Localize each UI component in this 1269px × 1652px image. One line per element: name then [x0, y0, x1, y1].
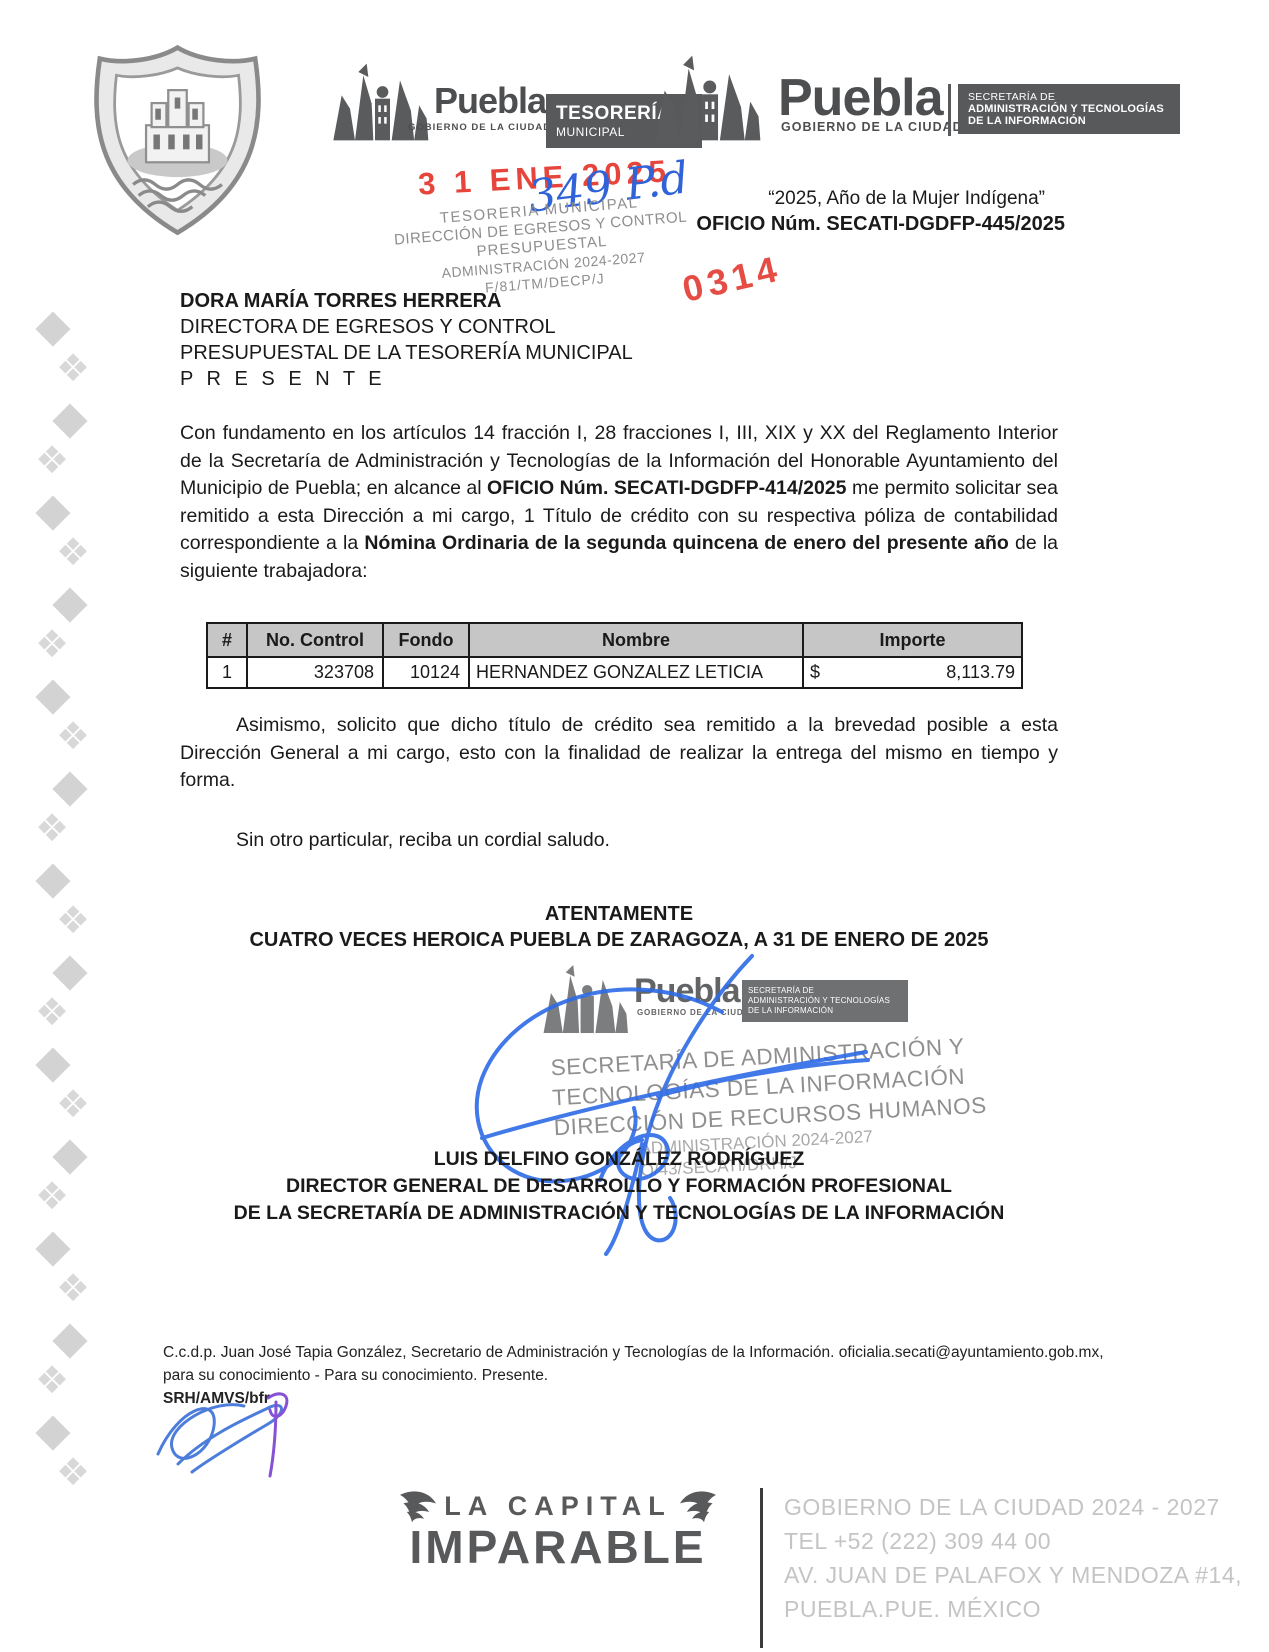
right-logo-brand: Puebla — [778, 68, 943, 128]
header-fondo: Fondo — [383, 623, 469, 657]
left-logo-subtitle: GOBIERNO DE LA CIUDAD — [408, 122, 551, 133]
payroll-table: # No. Control Fondo Nombre Importe 1 323… — [206, 622, 1023, 689]
header-control: No. Control — [247, 623, 383, 657]
signer-title-line2: DE LA SECRETARÍA DE ADMINISTRACIÓN Y TEC… — [180, 1200, 1058, 1227]
left-border-pattern: ◆❖◆❖◆❖◆❖◆❖◆❖◆❖◆❖◆❖◆❖◆❖◆❖◆❖ — [16, 300, 108, 1645]
cell-fondo: 10124 — [383, 657, 469, 688]
footer-phone-line: TEL +52 (222) 309 44 00 — [784, 1524, 1242, 1558]
recipient-block: DORA MARÍA TORRES HERRERA DIRECTORA DE E… — [180, 288, 633, 392]
right-logo-subtitle: GOBIERNO DE LA CIUDAD — [781, 120, 963, 134]
recipient-name: DORA MARÍA TORRES HERRERA — [180, 288, 633, 314]
secati-line2: ADMINISTRACIÓN Y TECNOLOGÍAS — [968, 103, 1180, 115]
right-wing-icon — [678, 1488, 718, 1524]
p1-nomina-ref: Nómina Ordinaria de la segunda quincena … — [364, 532, 1009, 554]
secati-line3: DE LA INFORMACIÓN — [968, 115, 1180, 127]
recipient-title-line2: PRESUPUESTAL DE LA TESORERÍA MUNICIPAL — [180, 340, 633, 366]
table-header-row: # No. Control Fondo Nombre Importe — [207, 623, 1022, 657]
body-paragraph-2: Asimismo, solicito que dicho título de c… — [180, 712, 1058, 795]
currency-sign: $ — [810, 662, 820, 683]
secati-box: SECRETARÍA DE ADMINISTRACIÓN Y TECNOLOGÍ… — [958, 84, 1180, 134]
left-logo-brand: Puebla — [434, 80, 546, 122]
footer-contact-info: GOBIERNO DE LA CIUDAD 2024 - 2027 TEL +5… — [784, 1490, 1242, 1626]
puebla-coat-of-arms-icon — [85, 42, 270, 240]
puebla-skyline-icon — [648, 52, 766, 144]
left-wing-icon — [398, 1488, 438, 1524]
scribble-signature-ink — [148, 1368, 318, 1483]
recipient-title-line1: DIRECTORA DE EGRESOS Y CONTROL — [180, 314, 633, 340]
footer-divider — [760, 1488, 763, 1648]
atentamente-label: ATENTAMENTE — [180, 903, 1058, 926]
footer-slogan: LA CAPITAL IMPARABLE — [388, 1488, 728, 1574]
signer-title-line1: DIRECTOR GENERAL DE DESARROLLO Y FORMACI… — [180, 1173, 1058, 1200]
table-row: 1 323708 10124 HERNANDEZ GONZALEZ LETICI… — [207, 657, 1022, 688]
importe-amount: 8,113.79 — [946, 662, 1015, 683]
signer-name: LUIS DELFINO GONZÁLEZ RODRÍGUEZ — [180, 1146, 1058, 1173]
footer-city-line: PUEBLA.PUE. MÉXICO — [784, 1592, 1242, 1626]
header-num: # — [207, 623, 247, 657]
slogan-top-text: LA CAPITAL — [444, 1491, 671, 1522]
cell-num: 1 — [207, 657, 247, 688]
secati-line1: SECRETARÍA DE — [968, 91, 1180, 103]
oficio-number: OFICIO Núm. SECATI-DGDFP-445/2025 — [610, 213, 1065, 236]
header-divider — [948, 84, 951, 136]
slogan-bottom-text: IMPARABLE — [388, 1520, 728, 1574]
footer-govt-line: GOBIERNO DE LA CIUDAD 2024 - 2027 — [784, 1490, 1242, 1524]
signature-ink — [430, 948, 900, 1278]
header-importe: Importe — [803, 623, 1022, 657]
year-motto: “2025, Año de la Mujer Indígena” — [700, 188, 1045, 210]
recipient-salutation: P R E S E N T E — [180, 366, 633, 392]
body-paragraph-1: Con fundamento en los artículos 14 fracc… — [180, 420, 1058, 585]
p1-oficio-ref: OFICIO Núm. SECATI-DGDFP-414/2025 — [487, 477, 846, 499]
body-paragraph-3: Sin otro particular, reciba un cordial s… — [180, 827, 1058, 855]
footer-address-line: AV. JUAN DE PALAFOX Y MENDOZA #14, — [784, 1558, 1242, 1592]
document-page: ◆❖◆❖◆❖◆❖◆❖◆❖◆❖◆❖◆❖◆❖◆❖◆❖◆❖ — [0, 0, 1269, 1652]
cell-importe: $ 8,113.79 — [803, 657, 1022, 688]
header-nombre: Nombre — [469, 623, 803, 657]
signer-block: LUIS DELFINO GONZÁLEZ RODRÍGUEZ DIRECTOR… — [180, 1146, 1058, 1227]
cell-control: 323708 — [247, 657, 383, 688]
cell-nombre: HERNANDEZ GONZALEZ LETICIA — [469, 657, 803, 688]
